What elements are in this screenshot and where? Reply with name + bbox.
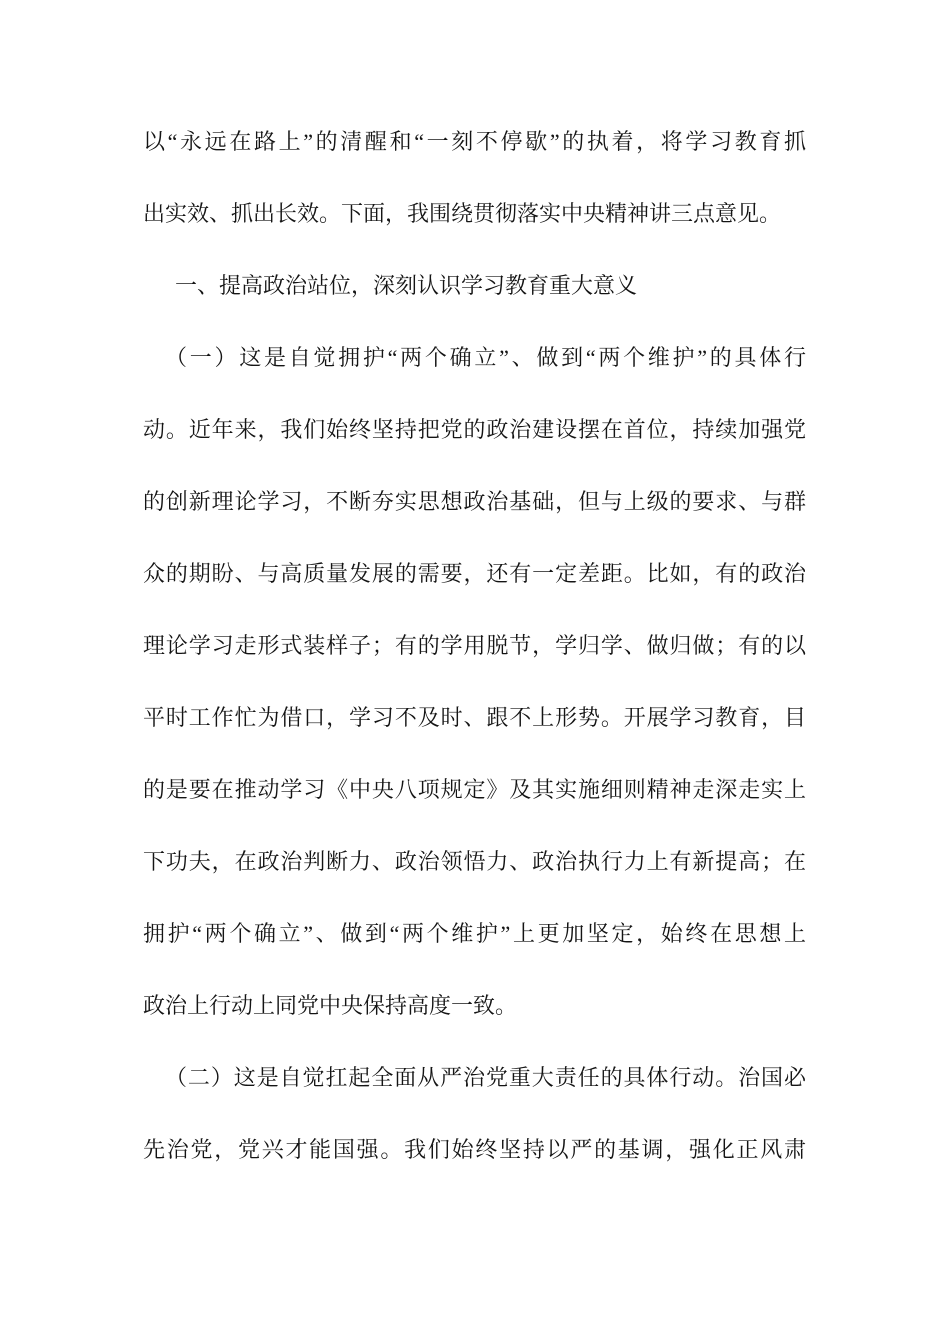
document-line: 理论学习走形式装样子；有的学用脱节，学归学、做归做；有的以: [143, 610, 806, 682]
document-line: 出实效、抓出长效。下面，我围绕贯彻落实中央精神讲三点意见。: [143, 178, 806, 250]
document-line: 众的期盼、与高质量发展的需要，还有一定差距。比如，有的政治: [143, 538, 806, 610]
document-line: （一）这是自觉拥护“两个确立”、做到“两个维护”的具体行: [143, 322, 806, 394]
document-line: 先治党，党兴才能国强。我们始终坚持以严的基调，强化正风肃: [143, 1114, 806, 1186]
document-line: 动。近年来，我们始终坚持把党的政治建设摆在首位，持续加强党: [143, 394, 806, 466]
document-line: 的创新理论学习，不断夯实思想政治基础，但与上级的要求、与群: [143, 466, 806, 538]
document-line: 下功夫，在政治判断力、政治领悟力、政治执行力上有新提高；在: [143, 826, 806, 898]
document-text-block: 以“永远在路上”的清醒和“一刻不停歇”的执着，将学习教育抓 出实效、抓出长效。下…: [143, 106, 806, 1186]
document-line: 政治上行动上同党中央保持高度一致。: [143, 970, 806, 1042]
document-page: 以“永远在路上”的清醒和“一刻不停歇”的执着，将学习教育抓 出实效、抓出长效。下…: [0, 0, 950, 1344]
document-line: （二）这是自觉扛起全面从严治党重大责任的具体行动。治国必: [143, 1042, 806, 1114]
document-line: 拥护“两个确立”、做到“两个维护”上更加坚定，始终在思想上: [143, 898, 806, 970]
document-line: 的是要在推动学习《中央八项规定》及其实施细则精神走深走实上: [143, 754, 806, 826]
document-line: 以“永远在路上”的清醒和“一刻不停歇”的执着，将学习教育抓: [143, 106, 806, 178]
section-1-heading: 一、提高政治站位，深刻认识学习教育重大意义: [143, 250, 806, 322]
document-line: 平时工作忙为借口，学习不及时、跟不上形势。开展学习教育，目: [143, 682, 806, 754]
